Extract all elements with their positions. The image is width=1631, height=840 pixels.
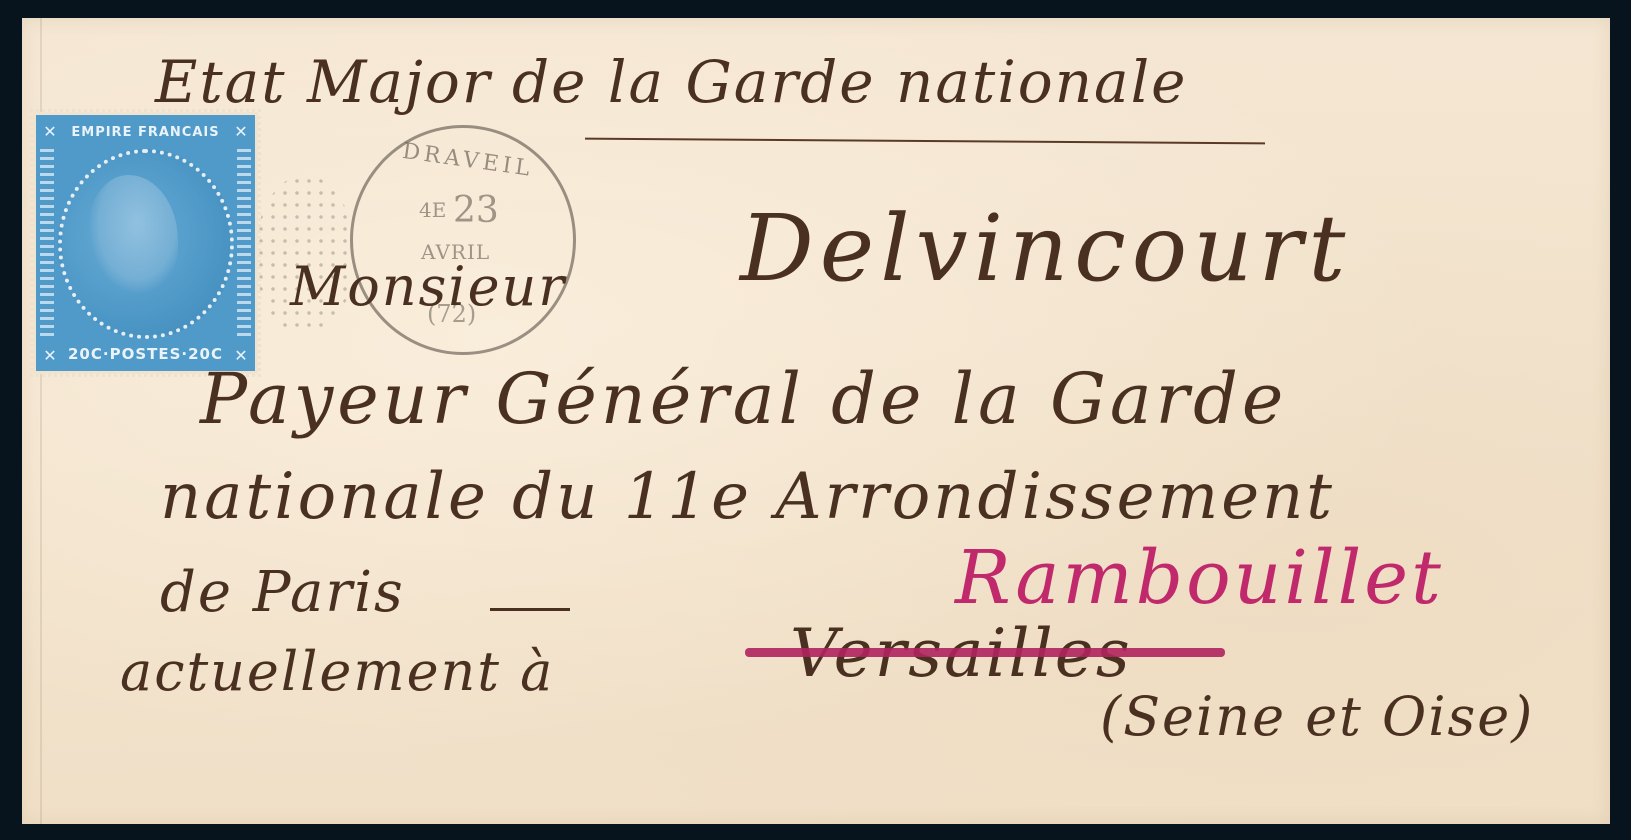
strikethrough-line	[745, 648, 1225, 657]
address-salutation: Monsieur	[290, 255, 566, 318]
address-line-department: (Seine et Oise)	[1100, 685, 1534, 748]
postmark: DRAVEIL 4E 23 AVRIL (72)	[350, 125, 576, 355]
postmark-hour: 4E	[419, 198, 446, 222]
address-line-title: Payeur Général de la Garde	[200, 358, 1287, 440]
postmark-day: 23	[453, 190, 499, 231]
address-line-city: de Paris	[160, 560, 405, 625]
address-line-header: Etat Major de la Garde nationale	[155, 48, 1188, 116]
greek-key-border	[40, 149, 54, 337]
postage-stamp: ✕ ✕ ✕ ✕ EMPIRE FRANCAIS 20C·POSTES·20C	[33, 112, 258, 374]
redirect-destination: Rambouillet	[955, 535, 1444, 621]
stamp-top-text: EMPIRE FRANCAIS	[36, 119, 255, 145]
greek-key-border	[237, 149, 251, 337]
address-recipient-name: Delvincourt	[740, 195, 1351, 302]
address-line-currently: actuellement à	[120, 640, 554, 703]
address-line-unit: nationale du 11e Arrondissement	[160, 460, 1335, 534]
flourish-dash	[490, 608, 570, 611]
postmark-town: DRAVEIL	[392, 138, 544, 184]
